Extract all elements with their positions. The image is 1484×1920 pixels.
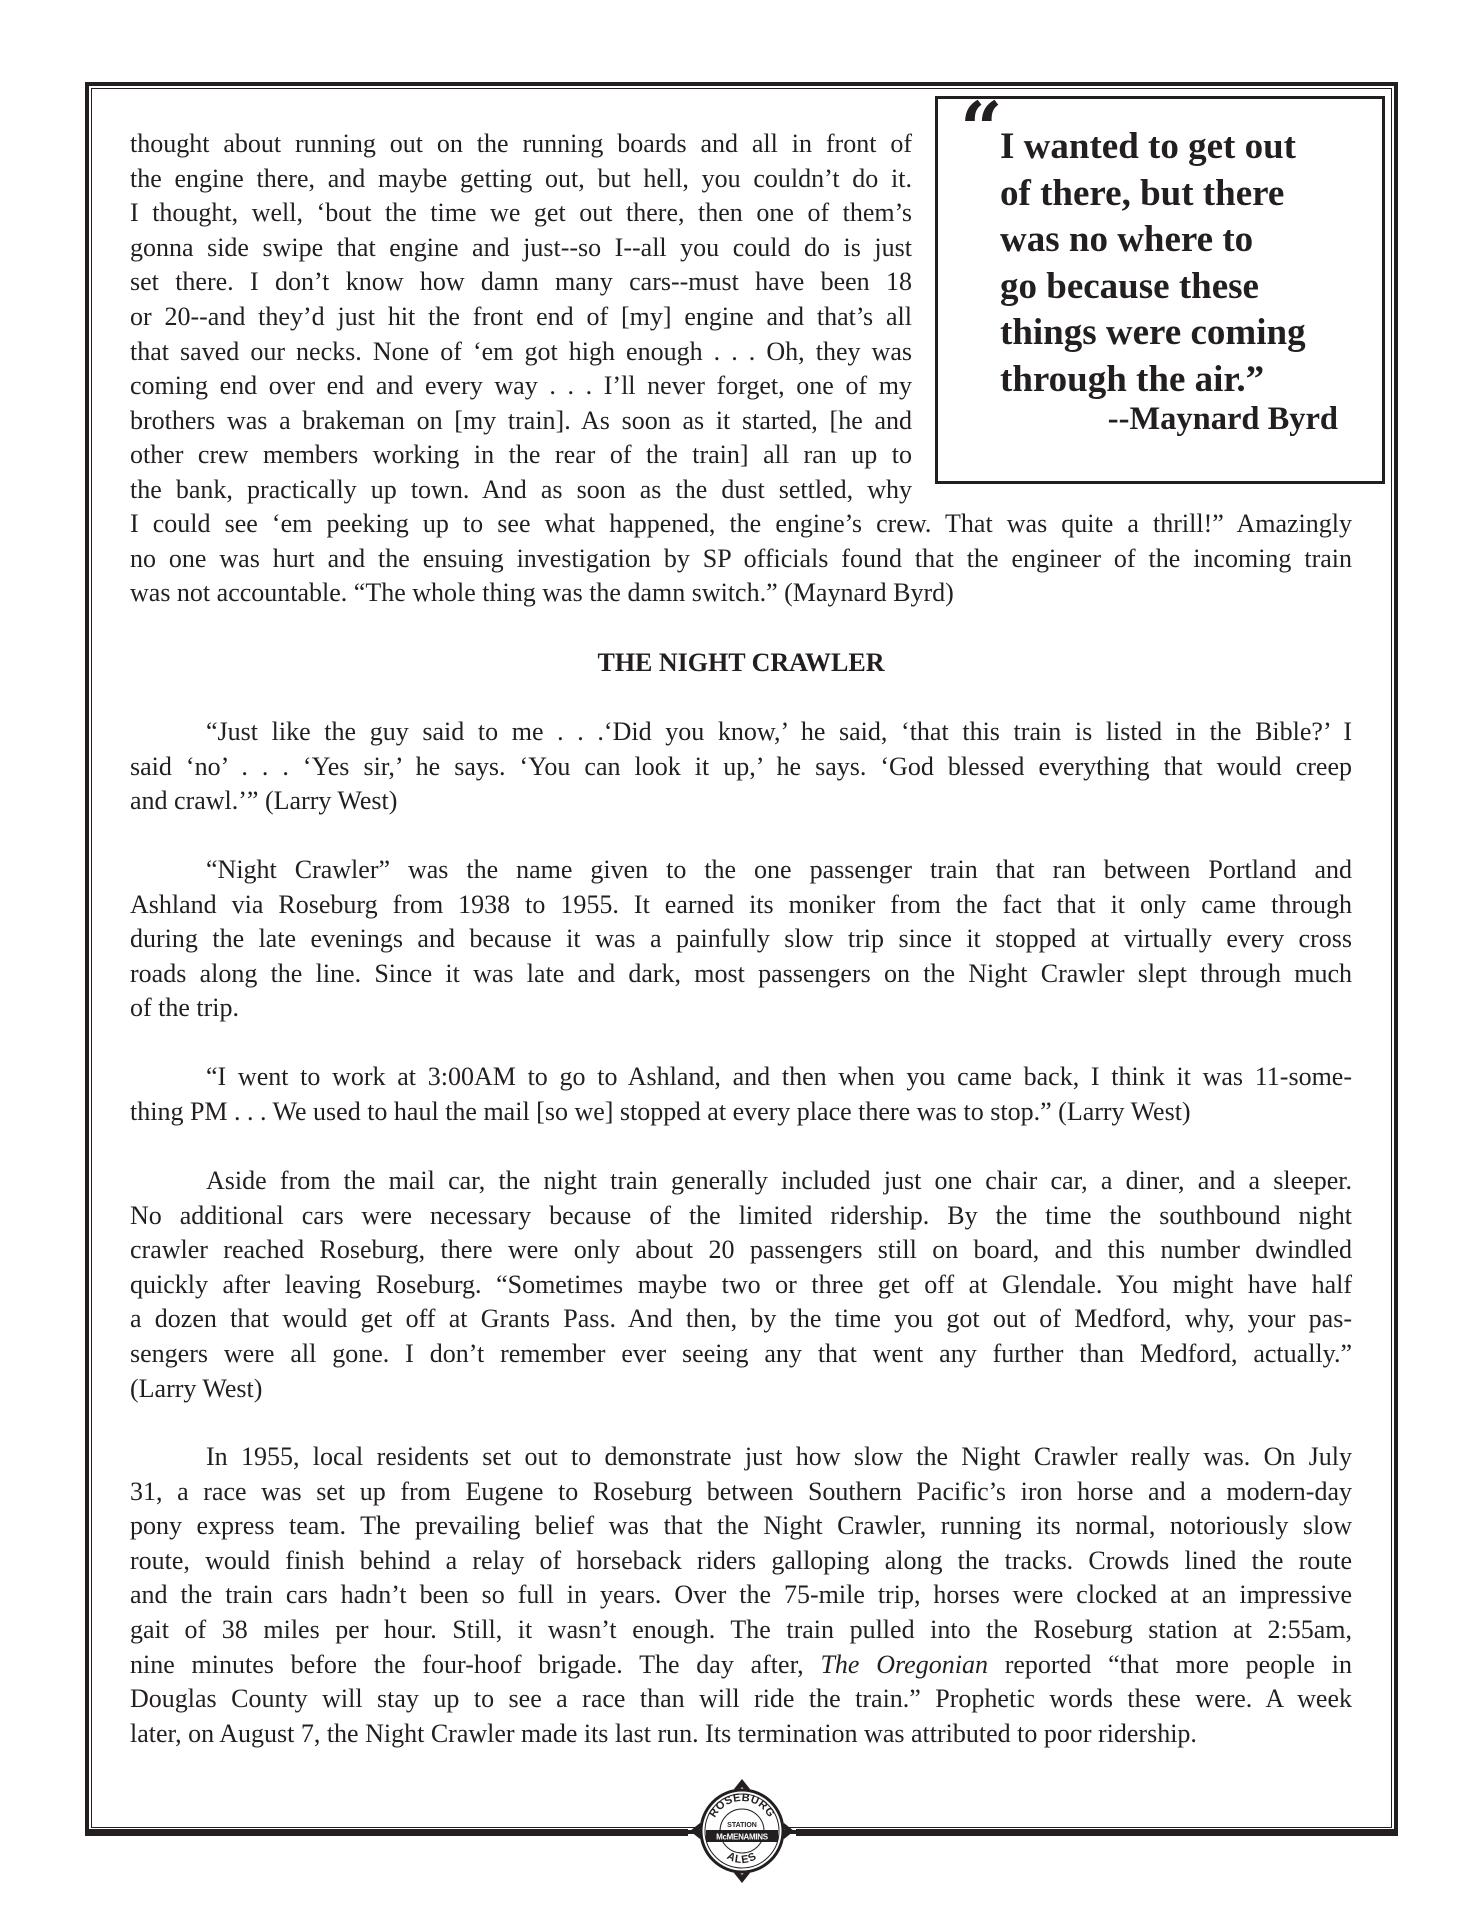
body-line: 31, a race was set up from Eugene to Ros… [130, 1475, 1352, 1510]
body-line: pony express team. The prevailing belief… [130, 1509, 1352, 1544]
body-text: reported “that more people in [988, 1650, 1352, 1679]
bottom-rule-left [85, 1829, 688, 1835]
body-line: the engine there, and maybe getting out,… [130, 162, 912, 197]
body-line: and crawl.’” (Larry West) [130, 784, 1352, 819]
body-line: (Larry West) [130, 1372, 1352, 1407]
pull-quote-box: “ I wanted to get out of there, but ther… [935, 96, 1385, 484]
body-line: no one was hurt and the ensuing investig… [130, 542, 1352, 577]
pull-quote-attribution: --Maynard Byrd [1108, 399, 1338, 439]
paragraph-2: “Night Crawler” was the name given to th… [130, 853, 1352, 1026]
body-line: I thought, well, ‘bout the time we get o… [130, 196, 912, 231]
body-line: set there. I don’t know how damn many ca… [130, 265, 912, 300]
roseburg-station-logo-icon: ROSEBURG STATION McMENAMINS ALES [688, 1777, 796, 1885]
body-text: nine minutes before the four-hoof brigad… [130, 1650, 820, 1679]
body-line: gonna side swipe that engine and just--s… [130, 231, 912, 266]
section-heading: THE NIGHT CRAWLER [130, 646, 1352, 680]
body-line: was not accountable. “The whole thing wa… [130, 576, 1352, 611]
body-line: nine minutes before the four-hoof brigad… [130, 1648, 1352, 1683]
paragraph-3: “I went to work at 3:00AM to go to Ashla… [130, 1060, 1352, 1129]
body-line: a dozen that would get off at Grants Pas… [130, 1302, 1352, 1337]
body-line: I could see ‘em peeking up to see what h… [130, 507, 1352, 542]
body-line: “Night Crawler” was the name given to th… [130, 853, 1352, 888]
pull-quote-line: I wanted to get out [1000, 124, 1380, 171]
body-line: In 1955, local residents set out to demo… [130, 1440, 1352, 1475]
body-line: later, on August 7, the Night Crawler ma… [130, 1717, 1352, 1752]
body-line: coming end over end and every way . . . … [130, 369, 912, 404]
pull-quote-line: was no where to [1000, 217, 1380, 264]
body-line: of the trip. [130, 991, 1352, 1026]
body-line: thing PM . . . We used to haul the mail … [130, 1095, 1352, 1130]
intro-narrow-column: thought about running out on the running… [130, 127, 912, 508]
body-line: crawler reached Roseburg, there were onl… [130, 1233, 1352, 1268]
body-line: during the late evenings and because it … [130, 922, 1352, 957]
body-line: said ‘no’ . . . ‘Yes sir,’ he says. ‘You… [130, 750, 1352, 785]
intro-wide-column: I could see ‘em peeking up to see what h… [130, 507, 1352, 611]
body-line: the bank, practically up town. And as so… [130, 473, 912, 508]
body-line: or 20--and they’d just hit the front end… [130, 300, 912, 335]
pull-quote-line: things were coming [1000, 310, 1380, 357]
body-line: route, would finish behind a relay of ho… [130, 1544, 1352, 1579]
body-line: that saved our necks. None of ‘em got hi… [130, 335, 912, 370]
publication-title: The Oregonian [820, 1650, 987, 1679]
logo-middle-text: STATION [727, 1822, 757, 1829]
body-line: and the train cars hadn’t been so full i… [130, 1578, 1352, 1613]
body-line: Douglas County will stay up to see a rac… [130, 1682, 1352, 1717]
logo-band-text: McMENAMINS [716, 1833, 769, 1842]
paragraph-5: In 1955, local residents set out to demo… [130, 1440, 1352, 1751]
body-line: thought about running out on the running… [130, 127, 912, 162]
body-line: roads along the line. Since it was late … [130, 957, 1352, 992]
pull-quote-line: go because these [1000, 264, 1380, 311]
body-line: quickly after leaving Roseburg. “Sometim… [130, 1268, 1352, 1303]
body-line: Ashland via Roseburg from 1938 to 1955. … [130, 888, 1352, 923]
pull-quote-line: of there, but there [1000, 171, 1380, 218]
body-line: No additional cars were necessary becaus… [130, 1199, 1352, 1234]
bottom-rule-right [796, 1829, 1398, 1835]
paragraph-1: “Just like the guy said to me . . .‘Did … [130, 715, 1352, 819]
open-quote-icon: “ [960, 93, 1003, 167]
body-line: “Just like the guy said to me . . .‘Did … [130, 715, 1352, 750]
body-line: other crew members working in the rear o… [130, 438, 912, 473]
body-line: sengers were all gone. I don’t remember … [130, 1337, 1352, 1372]
body-line: Aside from the mail car, the night train… [130, 1164, 1352, 1199]
pull-quote-text: I wanted to get out of there, but there … [1000, 124, 1380, 403]
pull-quote-line: through the air.” [1000, 357, 1380, 404]
body-line: “I went to work at 3:00AM to go to Ashla… [130, 1060, 1352, 1095]
body-line: gait of 38 miles per hour. Still, it was… [130, 1613, 1352, 1648]
paragraph-4: Aside from the mail car, the night train… [130, 1164, 1352, 1406]
body-line: brothers was a brakeman on [my train]. A… [130, 404, 912, 439]
